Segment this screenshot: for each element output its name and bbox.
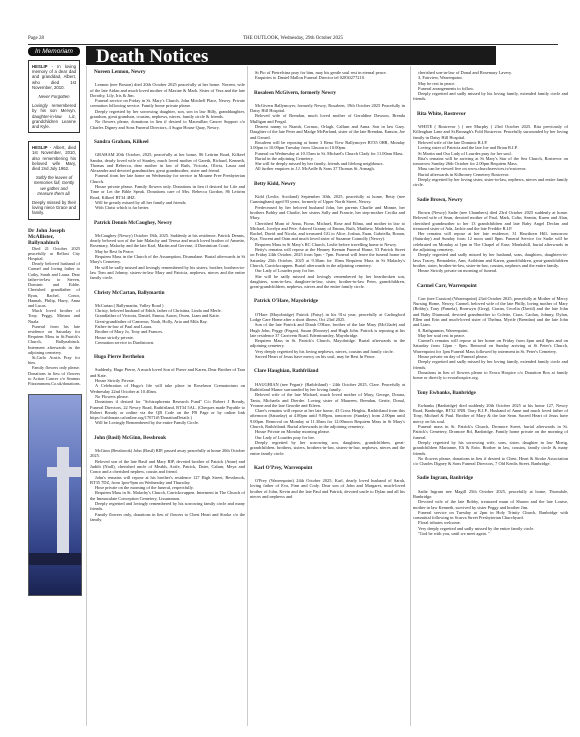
notice-title: Patrick Dennis McCaughey, Newry [94,221,245,226]
notice-title: Dr John Joseph McAllister, Ballynahinch [28,228,80,246]
in-memoriam-column: HESLIP - In loving memory of a dear dad … [28,60,80,596]
notice-paragraph: Beloved wife of the late Michael, much l… [250,392,405,408]
notice-paragraph: St.Carlo Acutis Pray for him. [28,355,80,365]
notice-title: Betty Kidd, Newry [254,182,405,187]
notice-paragraph: WHITE ( Rostrevor ) ( nee Murphy ) 23rd … [413,124,568,140]
death-notice: Clare Haughian, RathfrilandHAUGHIAN (nee… [250,369,405,455]
notice-paragraph: Clare's remains will repose at her late … [250,408,405,429]
death-notice: Patrick Dennis McCaughey, NewryMcCaughey… [90,221,245,281]
notice-paragraph: Funeral from his late residence on Satur… [28,324,80,355]
notice-body: Died 21 October 2025 peacefully at Belfa… [28,246,80,386]
notice-paragraph: Much loved brother of Tony, Peggy, Miria… [28,308,80,324]
notice-paragraph: Family flowers only please. Donations in… [28,365,80,386]
notice-paragraph: Sacred Heart of Jesus have mercy on his … [250,354,405,359]
column-divider [247,66,248,726]
notice-paragraph: Dearest nanny to Niamh, Cormac, Orlagh, … [250,124,405,140]
notice-paragraph: House Strictly private on morning of fun… [413,268,568,273]
notice-paragraph: All further enquires to J.J. McArdle & S… [250,166,405,171]
notice-paragraph: No flowers please, donations in lieu if … [413,456,568,467]
notice-paragraph: Lennon (nee Boston) died 20th October 20… [90,82,245,98]
notice-title: Hugo Pierre Berthelon [94,355,245,360]
notice-paragraph: Cremation service in Dardistown. [90,340,245,345]
notice-paragraph: Son of the late Patrick and Dinah O'Hare… [250,322,405,338]
notice-paragraph: McCaughey (Newry) October 18th, 2025. Su… [90,233,245,249]
notice-paragraph: Brown (Newry) Sadie (nee Chambers) died … [413,210,568,231]
notice-paragraph: Betty's remains will repose at the Heane… [250,247,405,268]
notice-paragraph: Enquiries to Daniel Mallon Funeral Direc… [250,75,405,80]
death-notice: Carmel Carr, WarrenpointCarr (nee Craxto… [413,284,568,381]
notice-title: Patrick O'Hare, Mayobridge [254,299,405,304]
in-memoriam-badge: In Memoriam [28,47,80,56]
notice-paragraph: Cherished Mum of Anna, Fiona, Michael, R… [250,221,405,242]
notice-paragraph: Donations in lieu of flowers please to E… [413,370,568,381]
notice-paragraph: No flowers please, donations in lieu if … [90,119,245,130]
notice-paragraph: Requiem Mass in St. Patrick's Church, Ma… [250,338,405,349]
death-notice: Sandra Graham, KilkeelGRAHAM 20th Octobe… [90,140,245,211]
notice-paragraph: Funeral service on Tuesday at 2pm in Hol… [413,510,568,521]
notice-title: Noreen Lennon, Newry [94,70,245,75]
page-header: Page 28 THE OUTLOOK, Wednesday, 29th Oct… [28,34,558,45]
death-notice: Betty Kidd, NewryKidd (Leslie, Scotland)… [250,182,405,290]
notice-paragraph: Carr (nee Craxton) (Warrenpoint) 23rd Oc… [413,296,568,328]
notice-title: Carmel Carr, Warrenpoint [417,284,568,289]
death-notice: Karl O'Prey, WarrenpointO'Prey (Warrenpo… [250,466,405,499]
notice-paragraph: Deeply regretted by her loving sister, s… [413,177,568,188]
notices-column-2: St Pio of Pietrelcina pray for him, may … [250,70,405,509]
notice-paragraph: O'Hare (Mayobridge) Patrick (Patsy) in h… [250,312,405,323]
notice-paragraph: Sadie Ingram nee Magill 25th October 202… [413,489,568,500]
death-notice: Sadie Brown, NewryBrown (Newry) Sadie (n… [413,198,568,274]
notice-title: Rita White, Rostrevor [417,112,568,117]
notice-paragraph: Deeply regretted by her sorrowing son, d… [250,440,405,456]
death-notice: cherished son-in-law of Donal and Rosema… [413,70,568,102]
notice-paragraph: McGivern Ballymoyer, formerly Newry, Ros… [250,103,405,114]
notice-title: Rosaleen McGivern, formerly Newry [254,91,405,96]
cross-base [29,553,81,565]
column-divider [410,66,411,726]
notice-title: Christy McCartan, Ballymartin [94,291,245,296]
notice-paragraph: Ewbanks (Banbridge) died suddenly 20th O… [413,403,568,424]
notice-paragraph: Funeral service on Friday in St. Mary's … [90,98,245,109]
notice-paragraph: Requiem Mass in St. Malachy's Church, Ca… [90,490,245,501]
death-notice: Sadie Ingram, BanbridgeSadie Ingram nee … [413,476,568,536]
notice-paragraph: Funeral mass in St. Patrick's Church, Dr… [413,424,568,440]
notice-paragraph: Deeply regretted and lovingly remembered… [90,501,245,512]
death-notice: Noreen Lennon, NewryLennon (nee Boston) … [90,70,245,130]
notice-paragraph: With Christ which is far better. [90,205,245,210]
notice-paragraph: House private please. Family flowers onl… [90,184,245,200]
notice-paragraph: Funeral from her late home on Wednesday … [90,173,245,184]
notice-paragraph: A Celebration of Hugo's life will take p… [90,383,245,394]
notice-paragraph: Donations if desired for "Schizophrenia … [90,399,245,420]
death-notice: Rita White, RostrevorWHITE ( Rostrevor )… [413,112,568,188]
column-divider [86,66,87,726]
notice-title: Tony Ewbanks, Banbridge [417,391,568,396]
notice-title: Sadie Brown, Newry [417,198,568,203]
death-notice: Patrick O'Hare, MayobridgeO'Hare (Mayobr… [250,299,405,359]
notice-title: Clare Haughian, Rathfriland [254,369,405,374]
notice-paragraph: HAUGHIAN (nee Fegan)- (Rathfriland) - 24… [250,382,405,393]
notice-paragraph: Deeply regretted by her sorrowing daught… [90,109,245,120]
notice-title: Sandra Graham, Kilkeel [94,140,245,145]
death-notice: Tony Ewbanks, BanbridgeEwbanks (Banbridg… [413,391,568,467]
crucifix-image [28,394,82,596]
notice-paragraph: Family flowers only, donations in lieu o… [90,512,245,523]
notice-paragraph: "God be with you, until we meet again. " [413,531,568,536]
notice-paragraph: Kidd (Leslie, Scotland) September 30th, … [250,194,405,205]
notice-paragraph: O'Prey (Warrenpoint) 24th October 2025, … [250,478,405,499]
notice-paragraph: GRAHAM 20th October, 2025, peacefully at… [90,152,245,173]
cross-vertical [57,447,69,557]
memoriam-verse: Never Forgotten [32,94,76,99]
notice-paragraph: Will be Lovingly Remembered by the entir… [90,420,245,425]
notice-paragraph: Rita's remains will be arriving at St Ma… [413,156,568,167]
section-title: Death Notices [86,46,208,67]
notice-paragraph: Carmel's remains will repose at her home… [413,338,568,354]
notice-title: John (Basil) McGinn, Bessbrook [94,436,245,441]
notice-paragraph: Died 21 October 2025 peacefully at Belfa… [28,246,80,262]
notice-paragraph: Dearly beloved husband of Carmel and lov… [28,261,80,308]
notice-paragraph: Deeply regretted and sadly missed by his… [413,91,568,102]
cross-horizontal [47,467,81,477]
death-notice: St Pio of Pietrelcina pray for him, may … [250,70,405,81]
notice-paragraph: Beloved son of the late Basil and Mary R… [90,459,245,475]
death-notice: Hugo Pierre BerthelonSuddenly, Hugo Pier… [90,355,245,426]
notice-paragraph: Deeply regretted by his sorrowing wife, … [413,440,568,456]
notice-paragraph: Rosaleen will be reposing at home 3 Bena… [250,140,405,151]
notice-paragraph: She will be sadly missed and lovingly re… [250,274,405,290]
notice-paragraph: Suddenly, Hugo Pierre, A much loved Son … [90,367,245,378]
memoriam-verse: Softly the leaves of memories fall, Gent… [32,175,76,196]
notice-paragraph: Her remains will repose at her late resi… [413,231,568,252]
notice-title: Karl O'Prey, Warrenpoint [254,466,405,471]
notice-paragraph: Deeply regretted and sadly missed by her… [413,359,568,370]
death-notice: John (Basil) McGinn, BessbrookMcGinn (Be… [90,436,245,522]
notice-paragraph: Deeply regretted and sadly missed by her… [413,252,568,268]
notices-column-1: Noreen Lennon, NewryLennon (nee Boston) … [90,70,245,532]
notice-paragraph: He will be sadly missed and lovingly rem… [90,265,245,281]
memoriam-signoff: Lovingly remembered by his son Mervyn, d… [32,103,76,129]
death-notice: Christy McCartan, BallymartinMcCartan ( … [90,291,245,346]
section-title-bar: Death Notices [86,46,496,65]
memoriam-signoff: Deeply missed by their loving niece Grac… [32,200,76,216]
notice-paragraph: Predeceased by her beloved husband John,… [250,205,405,221]
memoriam-box: HESLIP - Albert, died 1st November, 2010… [28,141,80,219]
notice-title: Sadie Ingram, Banbridge [417,476,568,481]
notice-paragraph: Beloved wife of Brendan, much loved moth… [250,113,405,124]
notice-paragraph: Devoted wife of the late Bobby, treasure… [413,499,568,510]
notice-paragraph: John's remains will repose at his brothe… [90,475,245,486]
death-notice: Rosaleen McGivern, formerly NewryMcGiver… [250,91,405,172]
notices-column-3: cherished son-in-law of Donal and Rosema… [413,70,568,546]
masthead: THE OUTLOOK, Wednesday, 29th October 202… [28,36,558,41]
notice-paragraph: McGinn (Bessbrook) John (Basil) RIP, pas… [90,448,245,459]
memoriam-box: HESLIP - In loving memory of a dear dad … [28,60,80,133]
notice-paragraph: Requiem Mass in the Church of the Assump… [90,254,245,265]
